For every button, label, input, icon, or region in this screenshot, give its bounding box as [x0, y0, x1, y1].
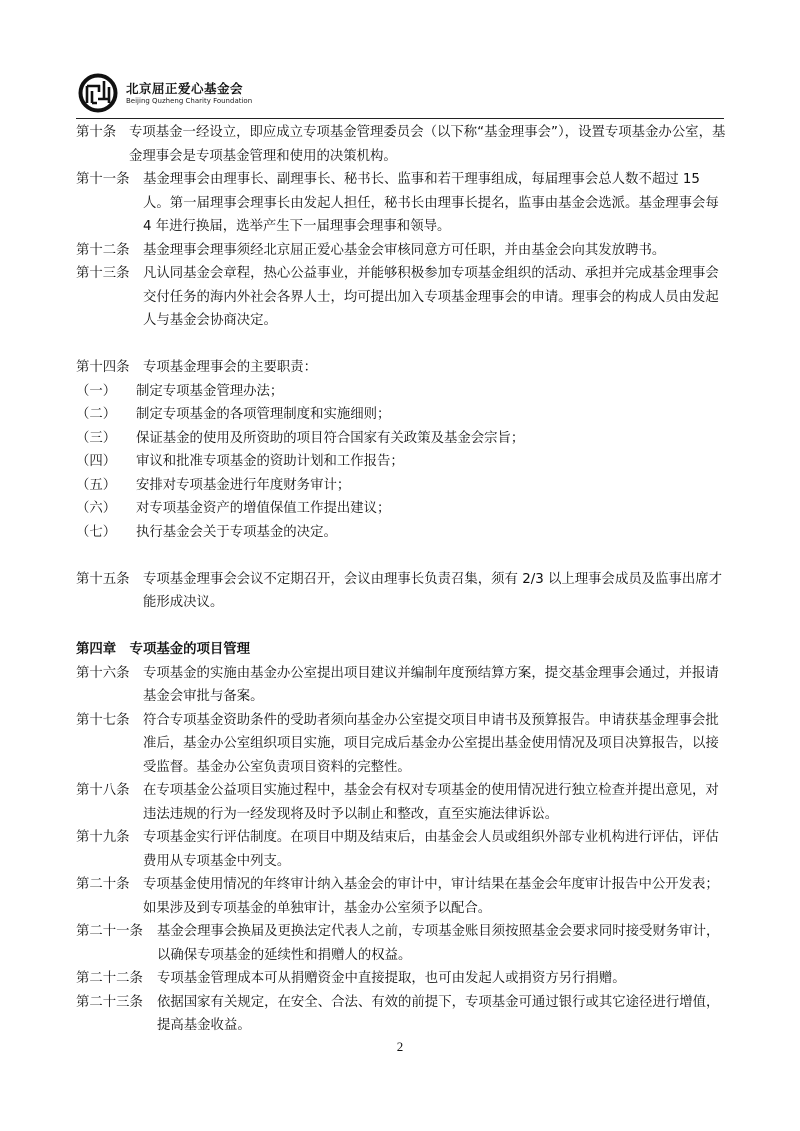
item-text: 对专项基金资产的增值保值工作提出建议；: [136, 497, 390, 521]
item-number: （五）: [76, 474, 136, 498]
duty-item-7: （七） 执行基金会关于专项基金的决定。: [76, 521, 726, 545]
article-number: 第十六条: [76, 662, 143, 709]
article-number: 第十五条: [76, 568, 143, 615]
article-15: 第十五条 专项基金理事会会议不定期召开，会议由理事长负责召集，须有 2/3 以上…: [76, 568, 726, 615]
document-body: 第十条 专项基金一经设立，即应成立专项基金管理委员会（以下称“基金理事会”），设…: [76, 121, 726, 1038]
item-text: 安排对专项基金进行年度财务审计；: [136, 474, 350, 498]
item-text: 制定专项基金的各项管理制度和实施细则；: [136, 403, 390, 427]
article-number: 第二十条: [76, 873, 143, 920]
article-12: 第十二条 基金理事会理事须经北京屈正爱心基金会审核同意方可任职，并由基金会向其发…: [76, 239, 726, 263]
article-number: 第二十一条: [76, 920, 157, 967]
article-13: 第十三条 凡认同基金会章程，热心公益事业，并能够积极参加专项基金组织的活动、承担…: [76, 262, 726, 333]
article-number: 第十条: [76, 121, 129, 168]
duty-item-1: （一） 制定专项基金管理办法；: [76, 380, 726, 404]
article-19: 第十九条 专项基金实行评估制度。在项目中期及结束后，由基金会人员或组织外部专业机…: [76, 826, 726, 873]
article-text: 专项基金理事会的主要职责：: [143, 356, 726, 380]
header-divider: [76, 118, 724, 119]
article-number: 第二十二条: [76, 967, 157, 991]
duty-item-6: （六） 对专项基金资产的增值保值工作提出建议；: [76, 497, 726, 521]
article-14: 第十四条 专项基金理事会的主要职责：: [76, 356, 726, 380]
article-text: 专项基金一经设立，即应成立专项基金管理委员会（以下称“基金理事会”），设置专项基…: [129, 121, 726, 168]
item-text: 审议和批准专项基金的资助计划和工作报告；: [136, 450, 404, 474]
article-text: 凡认同基金会章程，热心公益事业，并能够积极参加专项基金组织的活动、承担并完成基金…: [143, 262, 726, 333]
article-18: 第十八条 在专项基金公益项目实施过程中，基金会有权对专项基金的使用情况进行独立检…: [76, 779, 726, 826]
article-text: 在专项基金公益项目实施过程中，基金会有权对专项基金的使用情况进行独立检查并提出意…: [143, 779, 726, 826]
article-text: 专项基金的实施由基金办公室提出项目建议并编制年度预结算方案，提交基金理事会通过，…: [143, 662, 726, 709]
article-21: 第二十一条 基金会理事会换届及更换法定代表人之前，专项基金账目须按照基金会要求同…: [76, 920, 726, 967]
item-number: （三）: [76, 427, 136, 451]
article-text: 基金会理事会换届及更换法定代表人之前，专项基金账目须按照基金会要求同时接受财务审…: [157, 920, 726, 967]
foundation-logo-icon: [78, 73, 118, 113]
article-number: 第十三条: [76, 262, 143, 333]
article-number: 第十一条: [76, 168, 143, 239]
article-20: 第二十条 专项基金使用情况的年终审计纳入基金会的审计中，审计结果在基金会年度审计…: [76, 873, 726, 920]
article-text: 专项基金管理成本可从捐赠资金中直接提取，也可由发起人或捐资方另行捐赠。: [157, 967, 726, 991]
duty-item-2: （二） 制定专项基金的各项管理制度和实施细则；: [76, 403, 726, 427]
article-text: 专项基金实行评估制度。在项目中期及结束后，由基金会人员或组织外部专业机构进行评估…: [143, 826, 726, 873]
article-number: 第十七条: [76, 709, 143, 780]
article-text: 基金理事会理事须经北京屈正爱心基金会审核同意方可任职，并由基金会向其发放聘书。: [143, 239, 726, 263]
item-number: （四）: [76, 450, 136, 474]
org-name-en: Beijing Quzheng Charity Foundation: [126, 96, 252, 106]
page-header: 北京屈正爱心基金会 Beijing Quzheng Charity Founda…: [78, 72, 252, 114]
item-text: 保证基金的使用及所资助的项目符合国家有关政策及基金会宗旨；: [136, 427, 524, 451]
page-number: 2: [0, 1039, 800, 1055]
item-number: （六）: [76, 497, 136, 521]
org-name-cn: 北京屈正爱心基金会: [126, 81, 252, 96]
article-17: 第十七条 符合专项基金资助条件的受助者须向基金办公室提交项目申请书及预算报告。申…: [76, 709, 726, 780]
duty-item-5: （五） 安排对专项基金进行年度财务审计；: [76, 474, 726, 498]
article-text: 依据国家有关规定，在安全、合法、有效的前提下，专项基金可通过银行或其它途径进行增…: [157, 991, 726, 1038]
article-23: 第二十三条 依据国家有关规定，在安全、合法、有效的前提下，专项基金可通过银行或其…: [76, 991, 726, 1038]
article-10: 第十条 专项基金一经设立，即应成立专项基金管理委员会（以下称“基金理事会”），设…: [76, 121, 726, 168]
item-number: （一）: [76, 380, 136, 404]
item-text: 执行基金会关于专项基金的决定。: [136, 521, 337, 545]
duty-item-3: （三） 保证基金的使用及所资助的项目符合国家有关政策及基金会宗旨；: [76, 427, 726, 451]
item-number: （二）: [76, 403, 136, 427]
chapter-heading: 第四章 专项基金的项目管理: [76, 638, 726, 662]
article-text: 专项基金使用情况的年终审计纳入基金会的审计中，审计结果在基金会年度审计报告中公开…: [143, 873, 726, 920]
article-text: 符合专项基金资助条件的受助者须向基金办公室提交项目申请书及预算报告。申请获基金理…: [143, 709, 726, 780]
article-number: 第二十三条: [76, 991, 157, 1038]
item-number: （七）: [76, 521, 136, 545]
organization-name: 北京屈正爱心基金会 Beijing Quzheng Charity Founda…: [126, 81, 252, 106]
article-number: 第十八条: [76, 779, 143, 826]
article-text: 基金理事会由理事长、副理事长、秘书长、监事和若干理事组成，每届理事会总人数不超过…: [143, 168, 726, 239]
article-number: 第十四条: [76, 356, 143, 380]
article-number: 第十二条: [76, 239, 143, 263]
article-16: 第十六条 专项基金的实施由基金办公室提出项目建议并编制年度预结算方案，提交基金理…: [76, 662, 726, 709]
article-22: 第二十二条 专项基金管理成本可从捐赠资金中直接提取，也可由发起人或捐资方另行捐赠…: [76, 967, 726, 991]
article-text: 专项基金理事会会议不定期召开，会议由理事长负责召集，须有 2/3 以上理事会成员…: [143, 568, 726, 615]
duty-item-4: （四） 审议和批准专项基金的资助计划和工作报告；: [76, 450, 726, 474]
item-text: 制定专项基金管理办法；: [136, 380, 283, 404]
article-11: 第十一条 基金理事会由理事长、副理事长、秘书长、监事和若干理事组成，每届理事会总…: [76, 168, 726, 239]
article-number: 第十九条: [76, 826, 143, 873]
